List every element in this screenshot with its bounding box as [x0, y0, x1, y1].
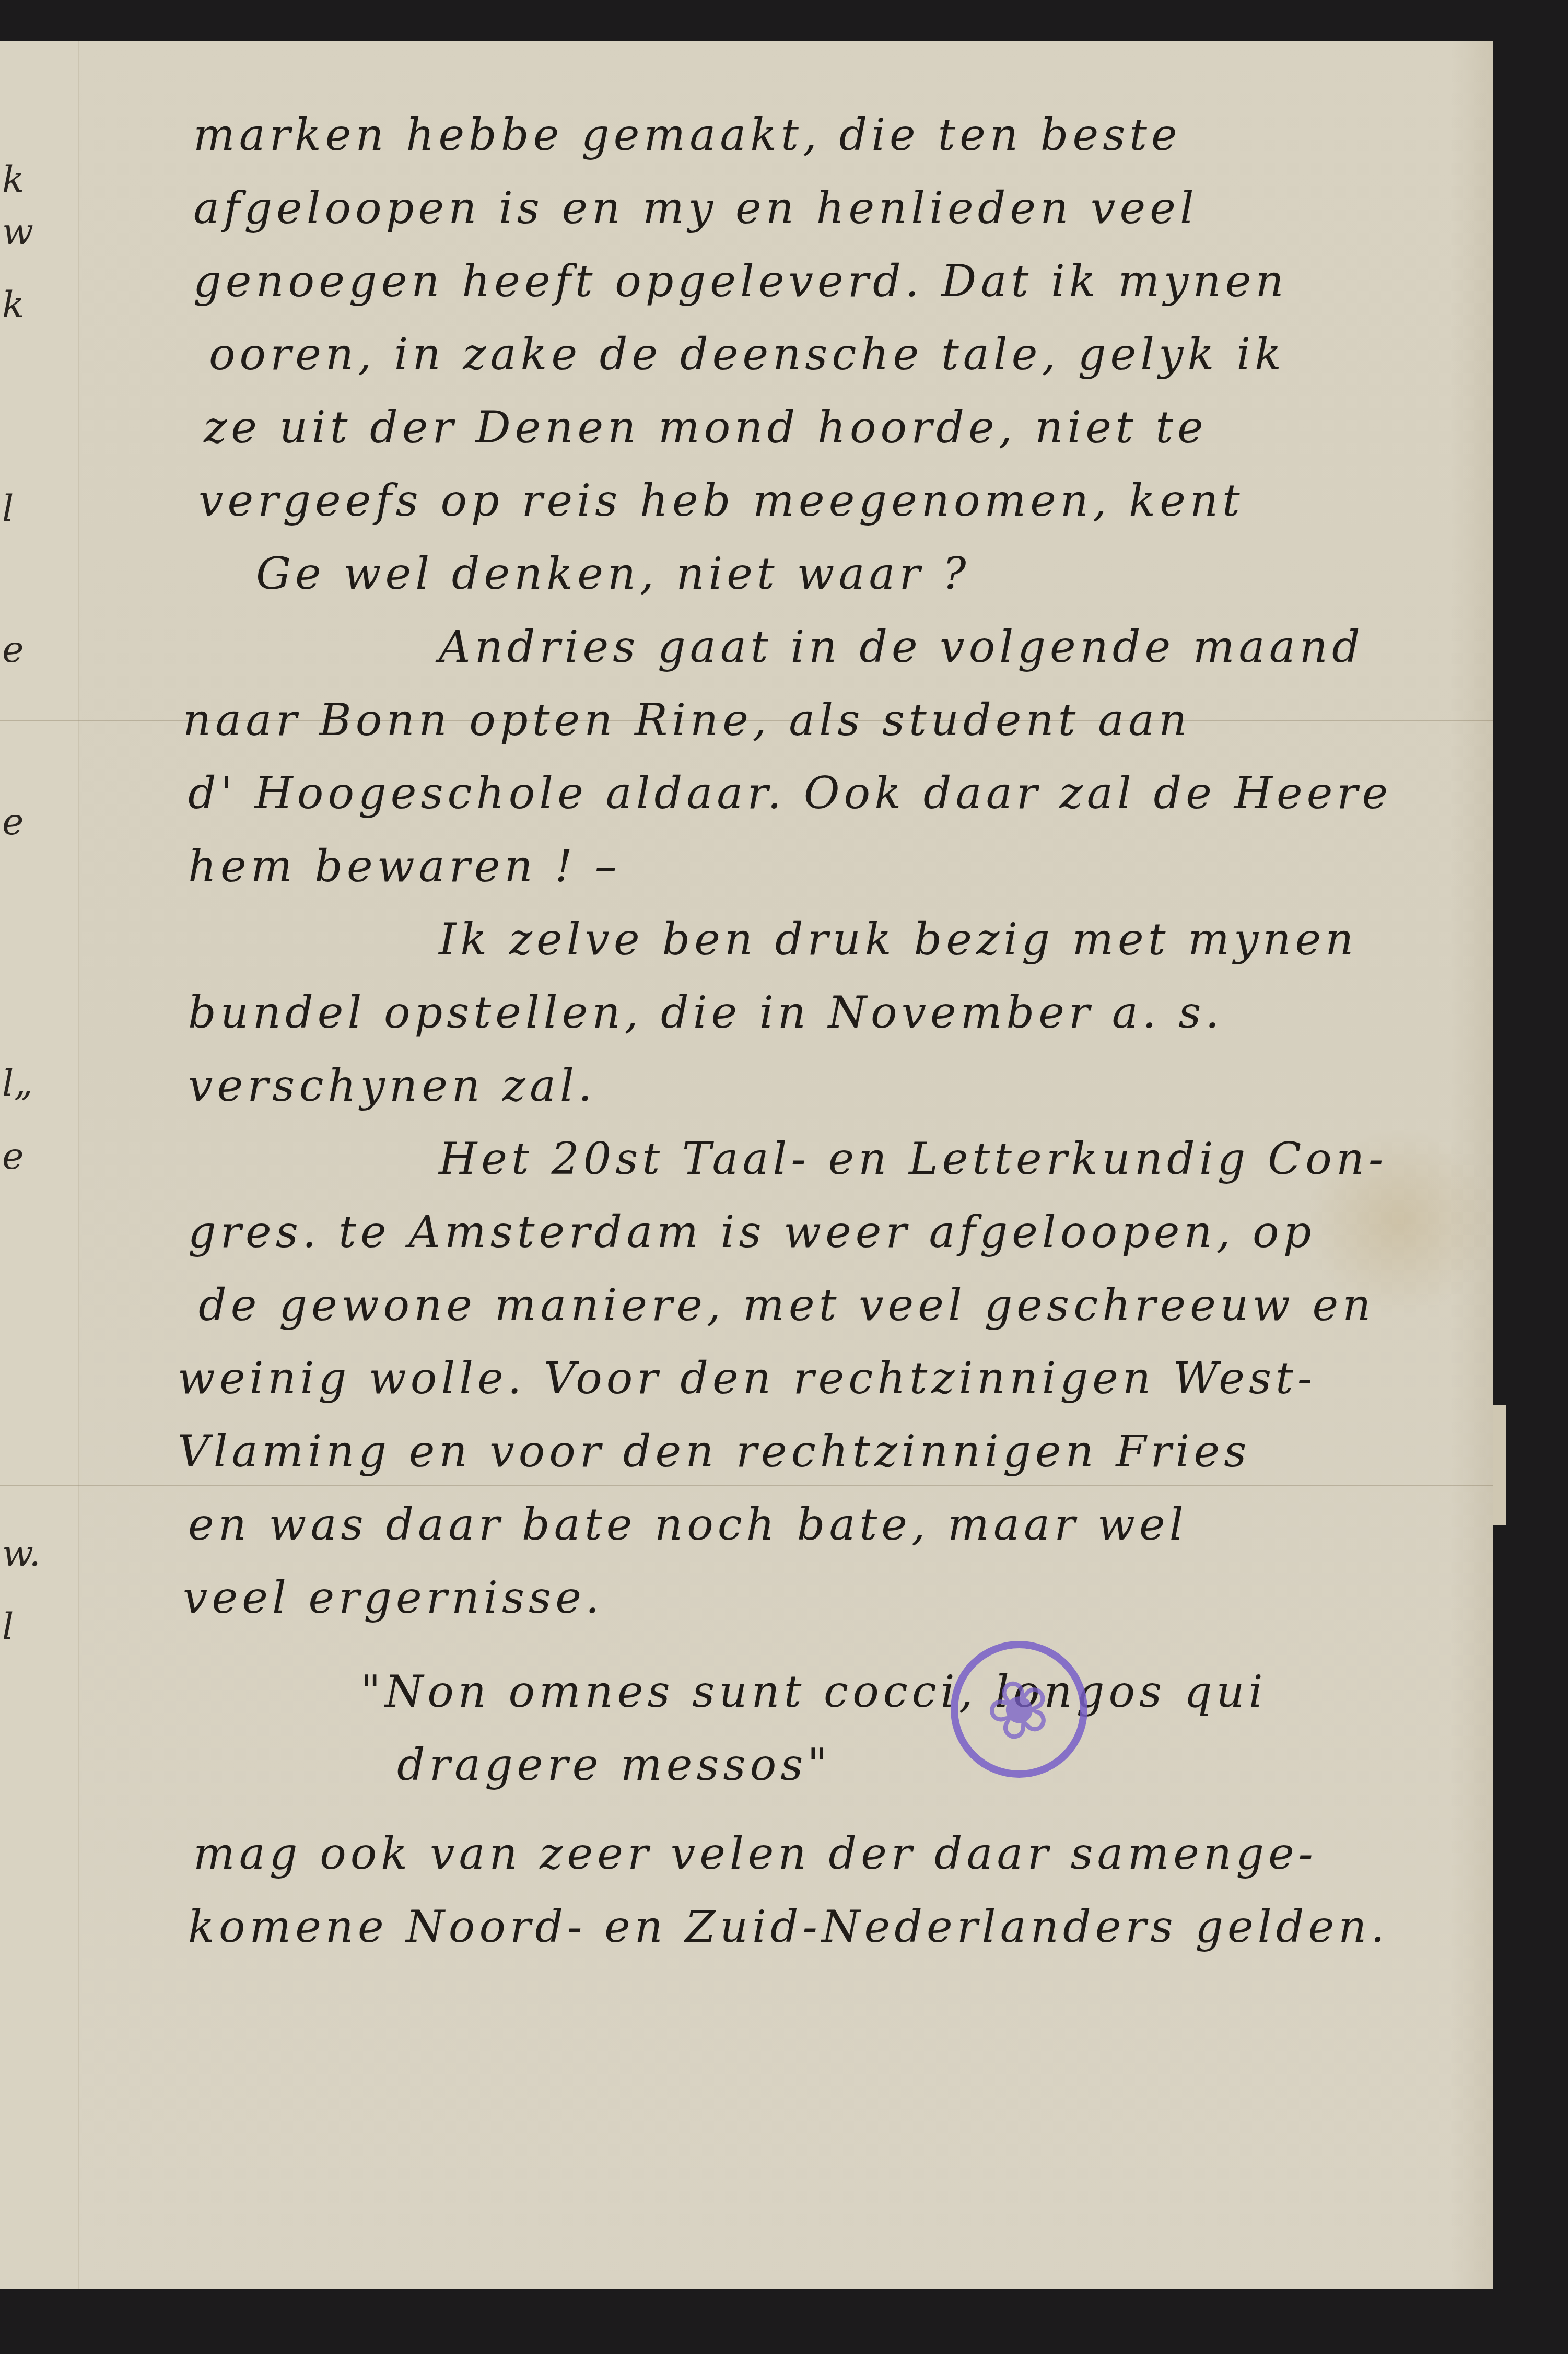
letter-line: mag ook van zeer velen der daar samenge- [193, 1822, 1317, 1885]
prev-page-fragment: e [2, 803, 24, 840]
prev-page-fragment: w. [2, 1535, 41, 1571]
letter-line: vergeefs op reis heb meegenomen, kent [198, 469, 1244, 532]
letter-line: gres. te Amsterdam is weer afgeloopen, o… [188, 1201, 1315, 1263]
letter-line: en was daar bate noch bate, maar wel [188, 1493, 1188, 1556]
letter-line: komene Noord- en Zuid-Nederlanders gelde… [188, 1895, 1389, 1958]
letter-line: marken hebbe gemaakt, die ten beste [193, 103, 1181, 166]
letter-line: Ik zelve ben druk bezig met mynen [439, 908, 1358, 971]
letter-page: k w k l e e l„ e w. l marken hebbe gemaa… [0, 41, 1493, 2289]
letter-line: ze uit der Denen mond hoorde, niet te [204, 396, 1208, 459]
previous-page-margin: k w k l e e l„ e w. l [0, 41, 79, 2289]
letter-line: d' Hoogeschole aldaar. Ook daar zal de H… [188, 762, 1392, 824]
letter-line: Het 20st Taal- en Letterkundig Con- [439, 1127, 1387, 1190]
letter-line: ooren, in zake de deensche tale, gelyk i… [209, 323, 1285, 386]
letter-line: "Non omnes sunt cocci, longos qui [360, 1660, 1267, 1723]
library-stamp: ❀ [951, 1641, 1087, 1778]
horizontal-fold-line [0, 1485, 1493, 1486]
prev-page-fragment: e [2, 631, 24, 668]
letter-line: genoegen heeft opgeleverd. Dat ik mynen [193, 250, 1288, 312]
letter-line: weinig wolle. Voor den rechtzinnigen Wes… [178, 1347, 1316, 1409]
letter-line: de gewone maniere, met veel geschreeuw e… [198, 1274, 1375, 1336]
letter-line: dragere messos" [397, 1733, 832, 1796]
letter-line: veel ergernisse. [183, 1566, 604, 1629]
letter-line: hem bewaren ! – [188, 835, 621, 898]
prev-page-fragment: l„ [2, 1065, 33, 1101]
letter-line: verschynen zal. [188, 1054, 596, 1117]
prev-page-fragment: k [2, 286, 24, 323]
letter-line: Ge wel denken, niet waar ? [256, 542, 970, 605]
prev-page-fragment: e [2, 1138, 24, 1174]
paper-flap [1493, 1405, 1506, 1525]
letter-line: naar Bonn opten Rine, als student aan [183, 689, 1191, 751]
prev-page-fragment: k [2, 161, 24, 197]
letter-line: Andries gaat in de volgende maand [439, 615, 1364, 678]
letter-line: bundel opstellen, die in November a. s. [188, 981, 1223, 1044]
prev-page-fragment: l [2, 490, 14, 527]
prev-page-fragment: l [2, 1608, 14, 1645]
prev-page-fragment: w [2, 213, 33, 250]
paper-edge-shade [1451, 41, 1493, 2289]
stamp-monogram-icon: ❀ [941, 1631, 1097, 1788]
letter-line: Vlaming en voor den rechtzinnigen Fries [178, 1420, 1250, 1483]
letter-line: afgeloopen is en my en henlieden veel [193, 177, 1198, 239]
